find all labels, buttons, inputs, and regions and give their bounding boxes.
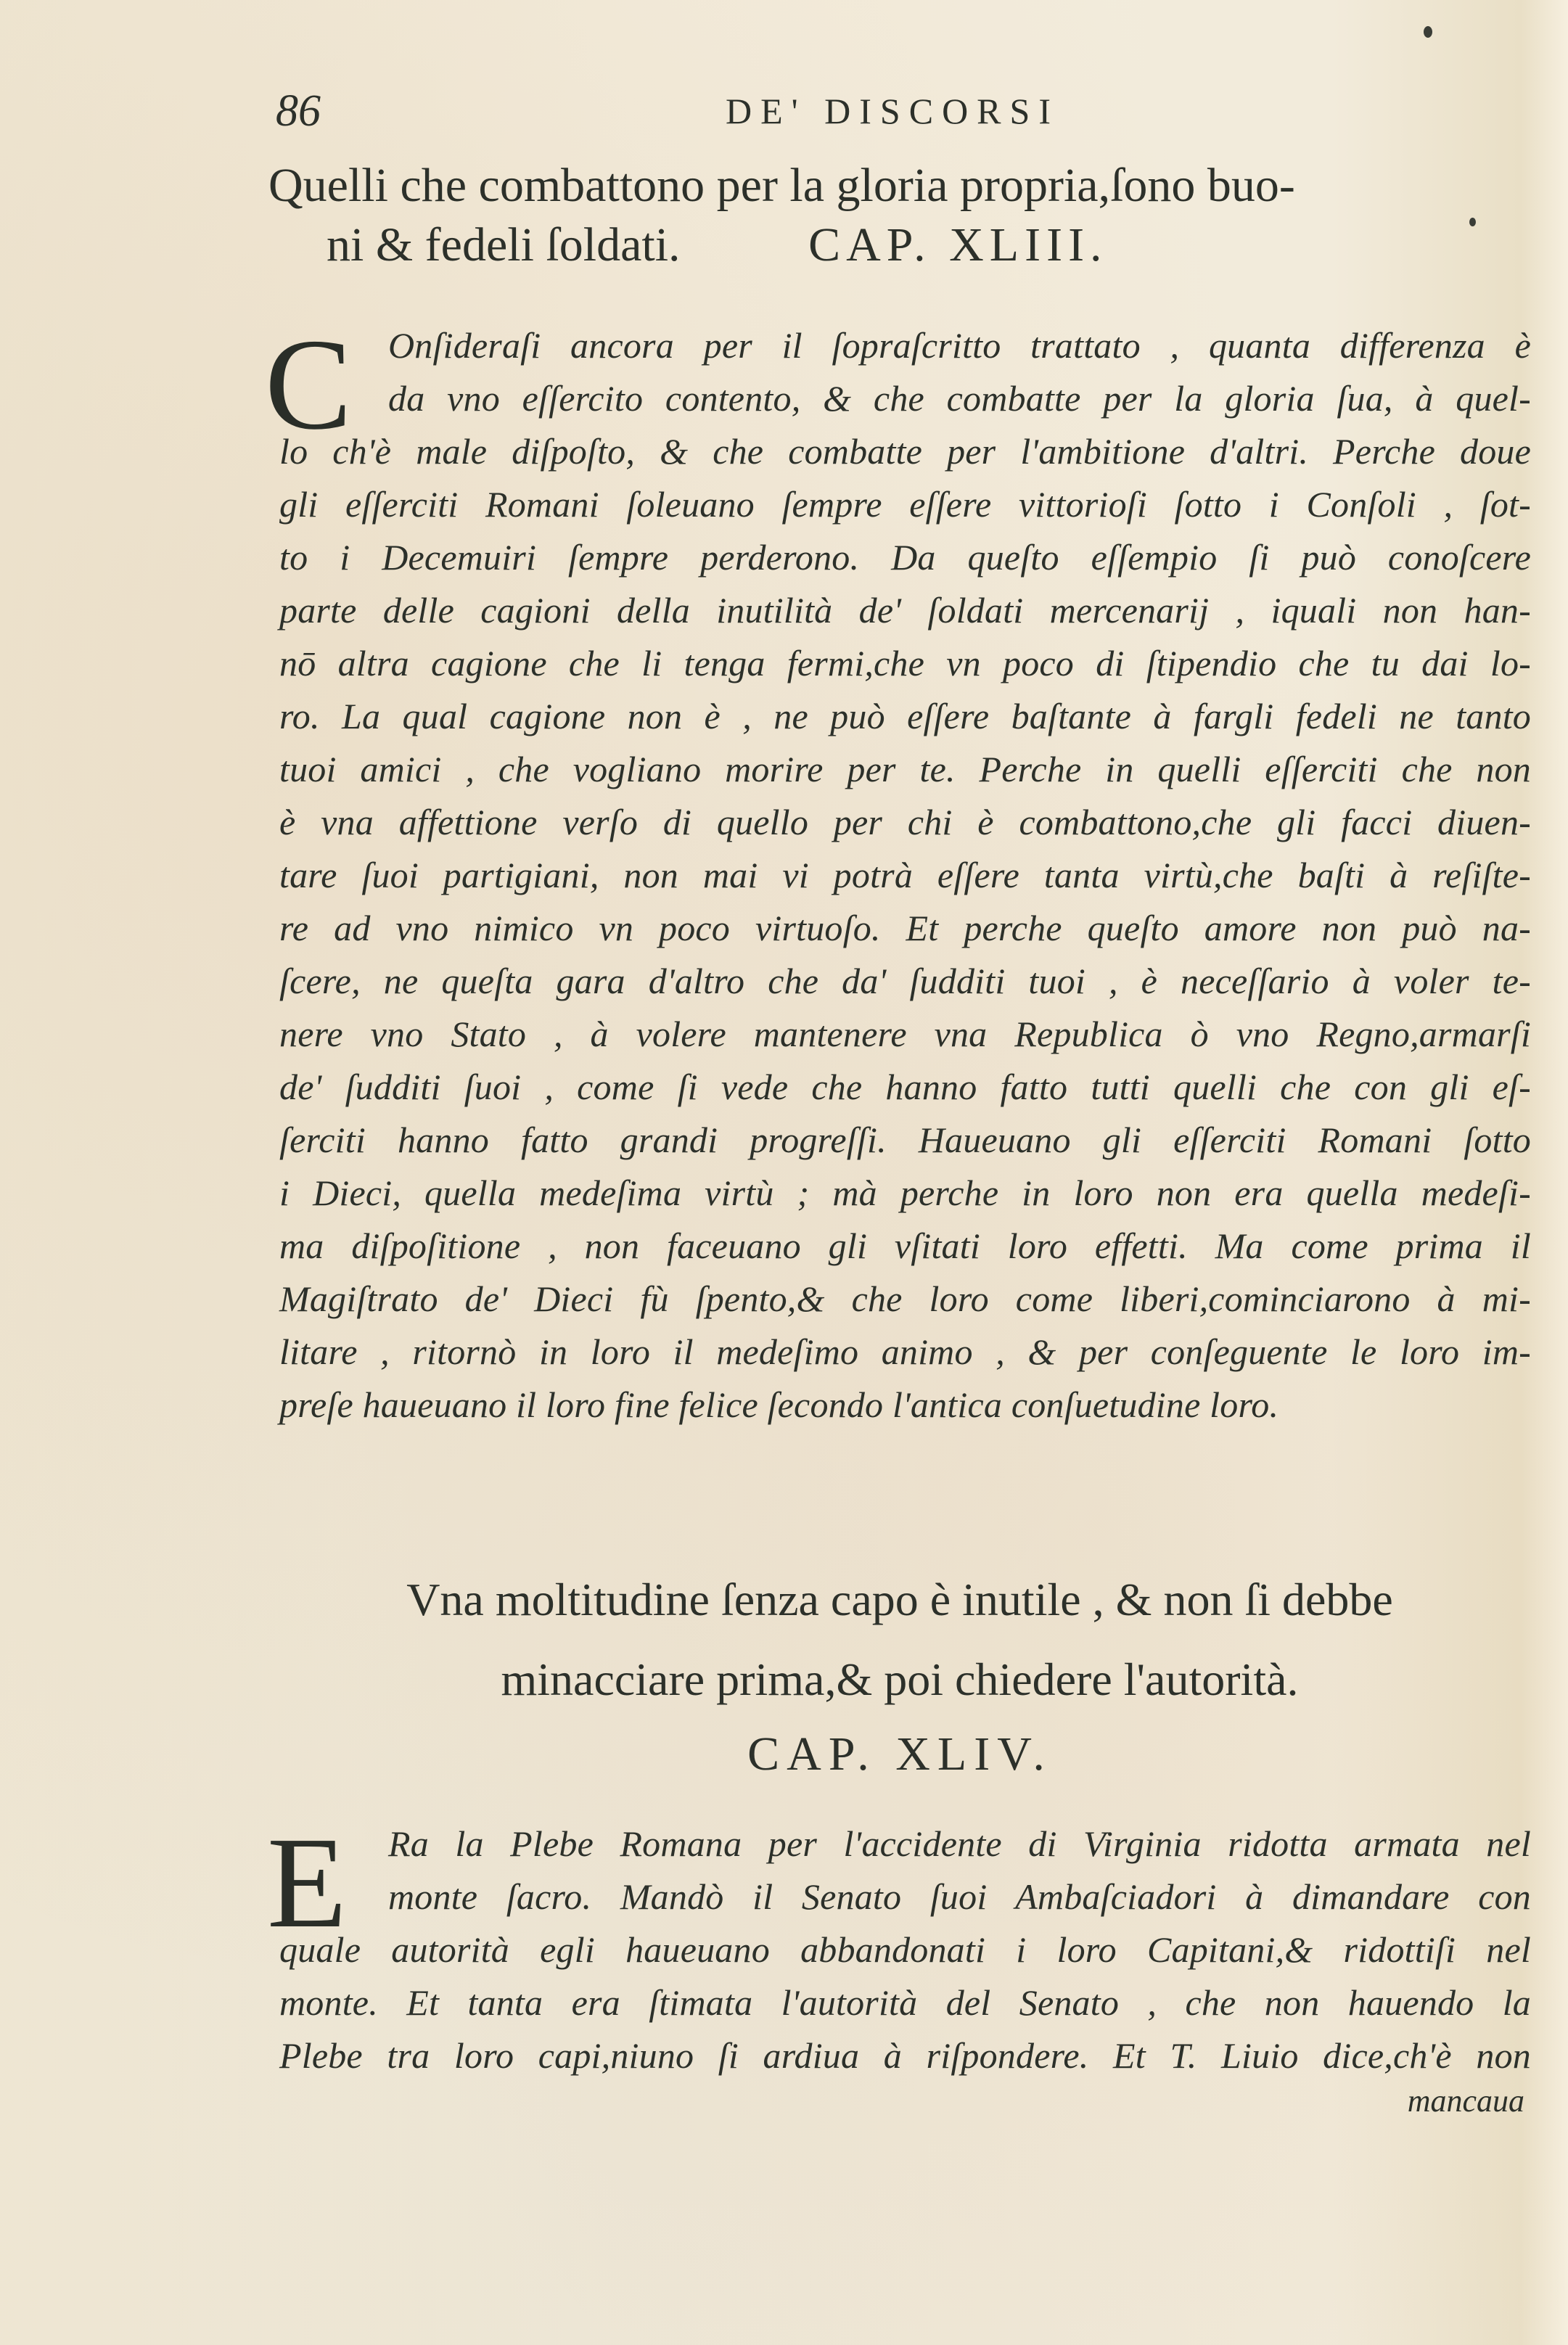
body-line: è vna affettione verſo di quello per chi… — [279, 796, 1531, 849]
body-line: de' ſudditi ſuoi , come ſi vede che hann… — [279, 1061, 1531, 1114]
chapter-44-body: Ra la Plebe Romana per l'accidente di Vi… — [279, 1818, 1531, 2082]
chapter-43-cap-label: CAP. XLIII. — [808, 215, 1108, 275]
ink-spot — [1469, 218, 1476, 226]
body-line: Onſideraſi ancora per il ſopraſcritto tr… — [279, 319, 1531, 372]
body-line: tare ſuoi partigiani, non mai vi potrà e… — [279, 849, 1531, 902]
chapter-43-body: Onſideraſi ancora per il ſopraſcritto tr… — [279, 319, 1531, 1432]
body-line: ma diſpoſitione , non faceuano gli vſita… — [279, 1220, 1531, 1273]
running-head: 86 DE' DISCORSI — [276, 86, 1509, 151]
body-line: lo ch'è male diſpoſto, & che combatte pe… — [279, 425, 1531, 478]
body-line: nere vno Stato , à volere mantenere vna … — [279, 1008, 1531, 1061]
body-line: nō altra cagione che li tenga fermi,che … — [279, 637, 1531, 690]
body-line: gli eſſerciti Romani ſoleuano ſempre eſſ… — [279, 478, 1531, 531]
body-line: monte ſacro. Mandò il Senato ſuoi Ambaſc… — [279, 1870, 1531, 1923]
chapter-43-heading: Quelli che combattono per la gloria prop… — [268, 156, 1531, 275]
body-line: ſcere, ne queſta gara d'altro che da' ſu… — [279, 955, 1531, 1008]
body-line: parte delle cagioni della inutilità de' … — [279, 584, 1531, 637]
body-line: quale autorità egli haueuano abbandonati… — [279, 1923, 1531, 1976]
body-line: to i Decemuiri ſempre perderono. Da queſ… — [279, 531, 1531, 584]
chapter-43-title-line2-row: ni & fedeli ſoldati. CAP. XLIII. — [268, 215, 1531, 275]
body-line: Plebe tra loro capi,niuno ſi ardiua à ri… — [279, 2029, 1531, 2082]
body-line: monte. Et tanta era ſtimata l'autorità d… — [279, 1976, 1531, 2029]
body-line: re ad vno nimico vn poco virtuoſo. Et pe… — [279, 902, 1531, 955]
body-line: Magiſtrato de' Dieci fù ſpento,& che lor… — [279, 1273, 1531, 1326]
page-number: 86 — [276, 86, 321, 137]
chapter-44-cap-label: CAP. XLIV. — [268, 1727, 1531, 1782]
chapter-43-title-line2: ni & fedeli ſoldati. — [327, 218, 681, 271]
body-line: ro. La qual cagione non è , ne può eſſer… — [279, 690, 1531, 743]
chapter-44-title-line1: Vna moltitudine ſenza capo è inutile , &… — [268, 1560, 1531, 1640]
body-line: Ra la Plebe Romana per l'accidente di Vi… — [279, 1818, 1531, 1870]
body-line: da vno eſſercito contento, & che combatt… — [279, 372, 1531, 425]
body-line: preſe haueuano il loro fine felice ſecon… — [279, 1379, 1531, 1432]
ink-spot — [1424, 26, 1432, 38]
chapter-44-heading: Vna moltitudine ſenza capo è inutile , &… — [268, 1560, 1531, 1720]
body-line: tuoi amici , che vogliano morire per te.… — [279, 743, 1531, 796]
chapter-43-title-line1: Quelli che combattono per la gloria prop… — [268, 156, 1531, 215]
body-line: ſerciti hanno fatto grandi progreſſi. Ha… — [279, 1114, 1531, 1167]
running-title: DE' DISCORSI — [726, 90, 1059, 132]
book-page: 86 DE' DISCORSI Quelli che combattono pe… — [0, 0, 1568, 2345]
body-line: litare , ritornò in loro il medeſimo ani… — [279, 1326, 1531, 1379]
body-line: i Dieci, quella medeſima virtù ; mà perc… — [279, 1167, 1531, 1220]
chapter-44-title-line2: minacciare prima,& poi chiedere l'autori… — [268, 1640, 1531, 1720]
catchword: mancaua — [1408, 2082, 1524, 2119]
